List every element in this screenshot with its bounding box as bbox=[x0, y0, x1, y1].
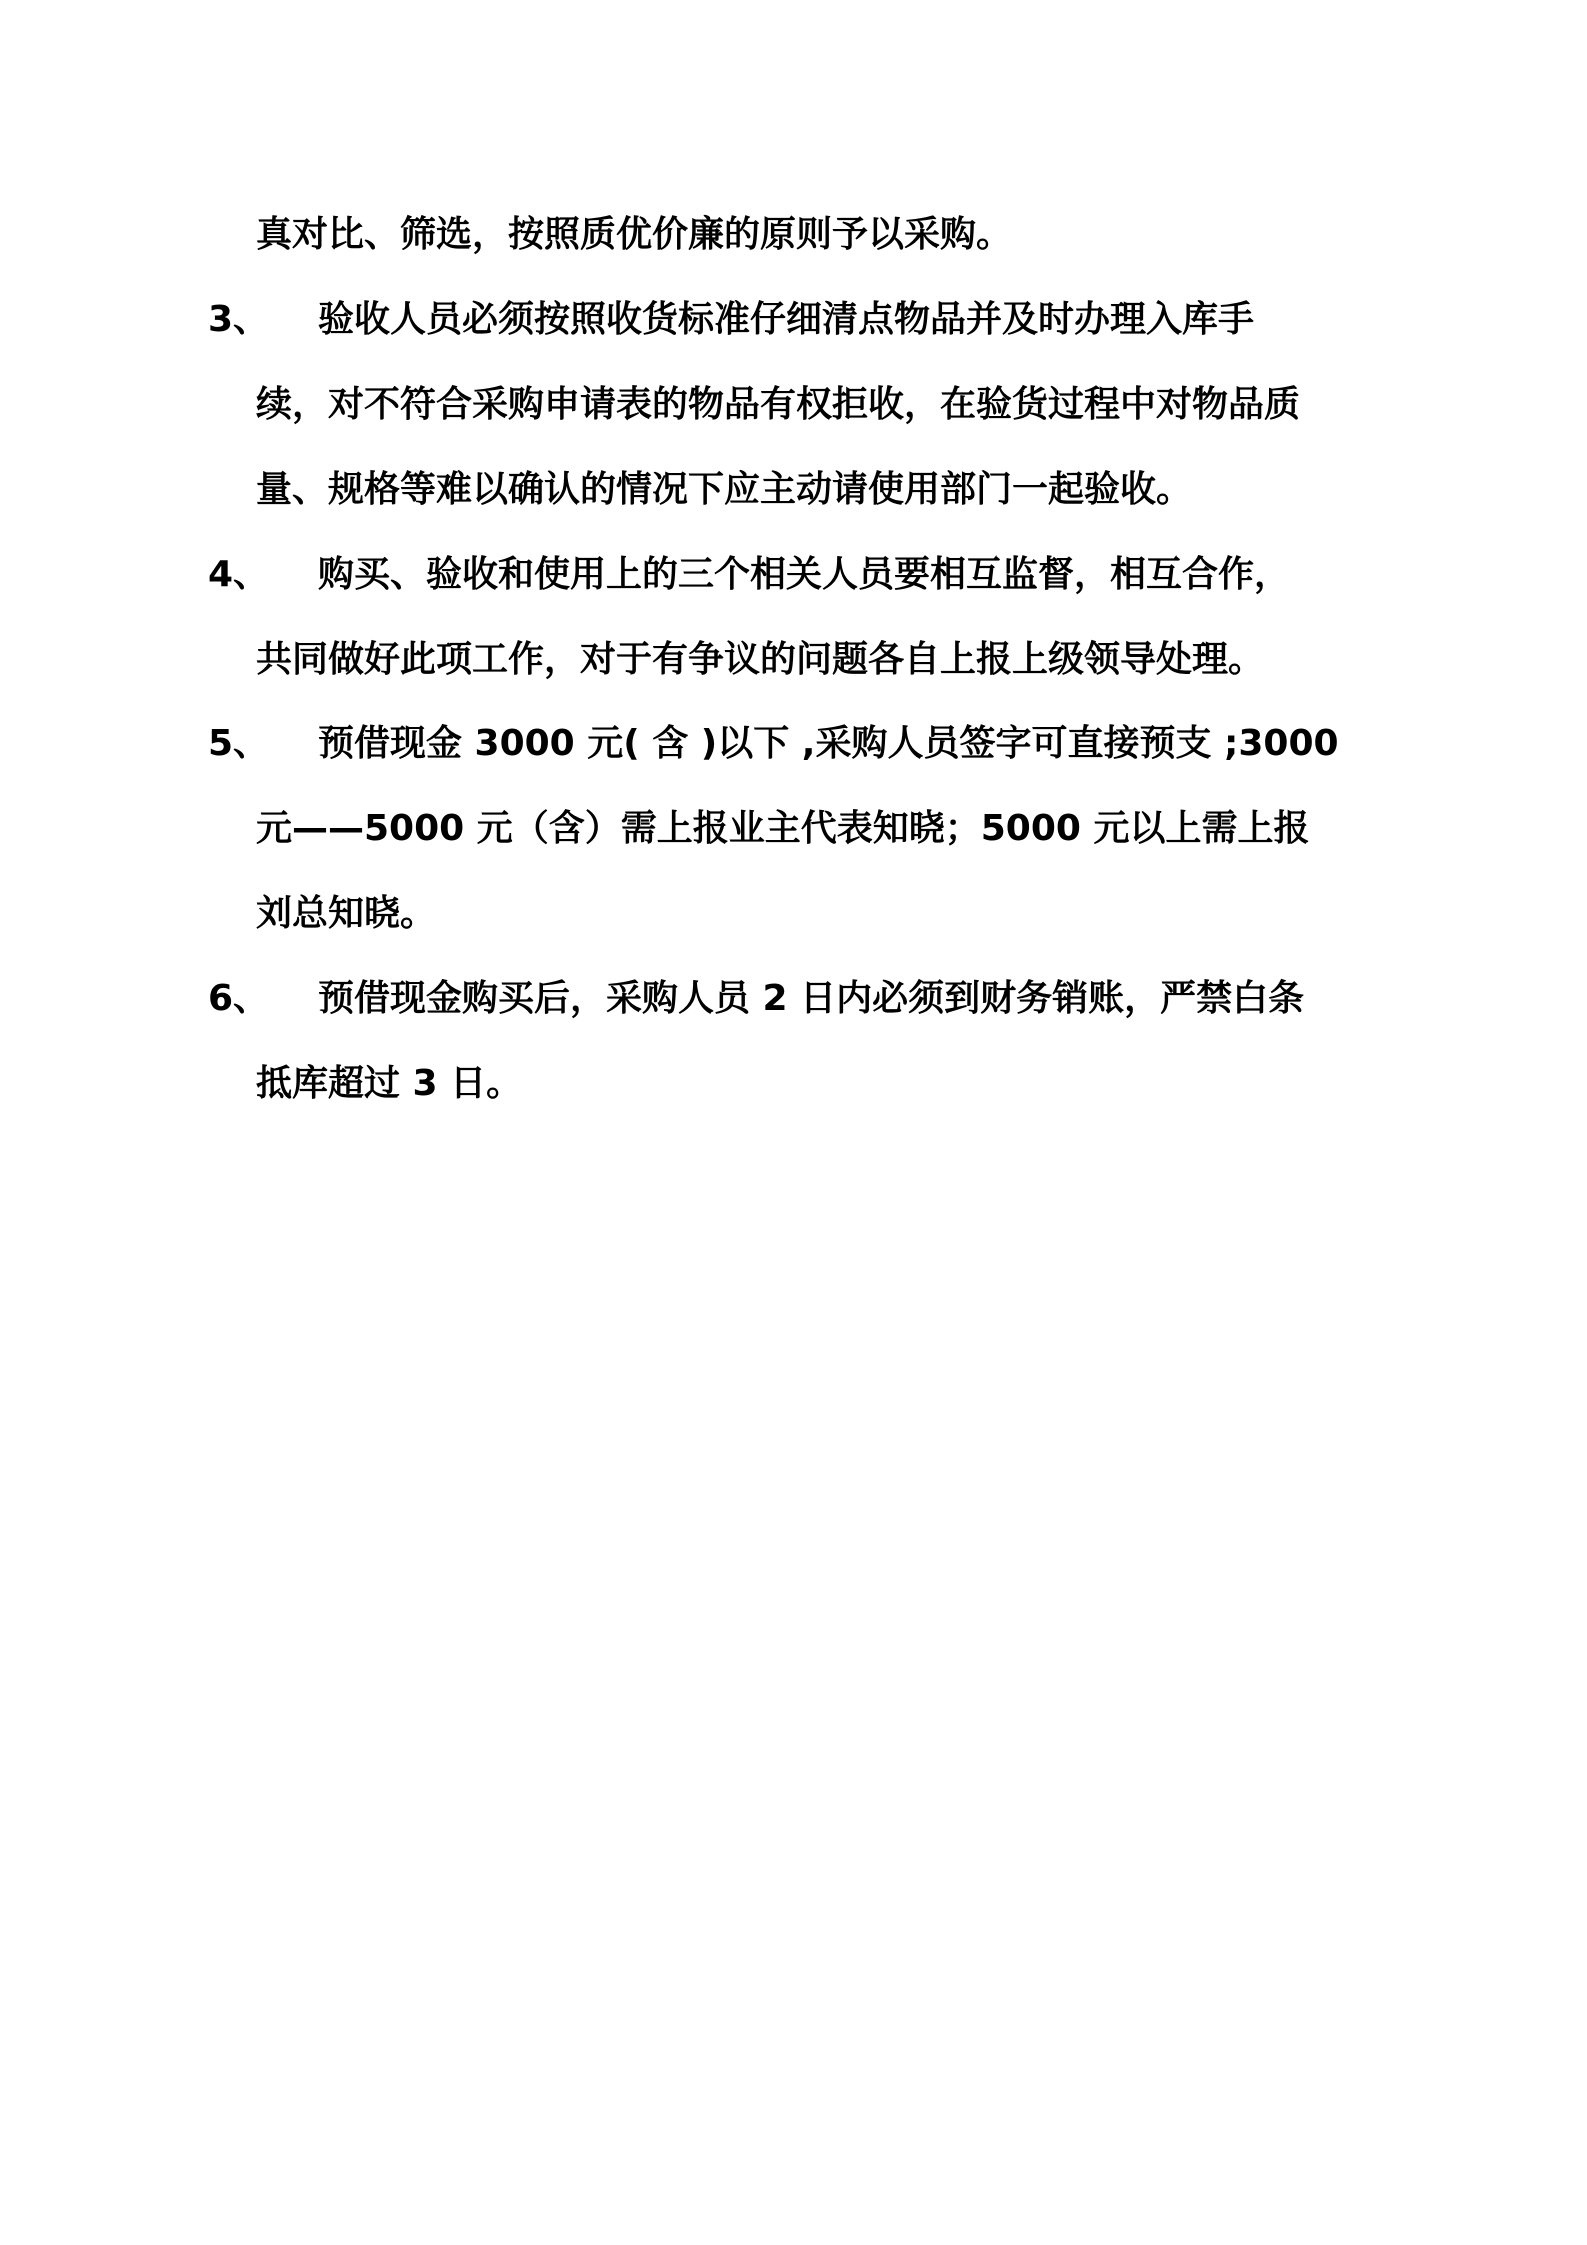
item-4-line-1: 购买、验收和使用上的三个相关人员要相互监督，相互合作， bbox=[318, 553, 1290, 597]
item-number-5: 5、 bbox=[208, 722, 269, 766]
item-5-line-3: 刘总知晓。 bbox=[256, 892, 436, 936]
document-page: 真对比、筛选，按照质优价廉的原则予以采购。 3、 验收人员必须按照收货标准仔细清… bbox=[0, 0, 1587, 2245]
item-5-line-1: 预借现金 3000 元( 含 )以下 ,采购人员签字可直接预支 ;3000 bbox=[318, 722, 1339, 766]
item-number-6: 6、 bbox=[208, 977, 269, 1021]
item-number-3: 3、 bbox=[208, 298, 269, 342]
item-5-line-2: 元——5000 元（含）需上报业主代表知晓；5000 元以上需上报 bbox=[256, 807, 1309, 851]
item-6-line-2: 抵库超过 3 日。 bbox=[256, 1062, 522, 1106]
item-number-4: 4、 bbox=[208, 553, 269, 597]
continuation-line: 真对比、筛选，按照质优价廉的原则予以采购。 bbox=[256, 213, 1012, 257]
item-3-line-1: 验收人员必须按照收货标准仔细清点物品并及时办理入库手 bbox=[318, 298, 1254, 342]
item-3-line-3: 量、规格等难以确认的情况下应主动请使用部门一起验收。 bbox=[256, 468, 1192, 512]
item-6-line-1: 预借现金购买后，采购人员 2 日内必须到财务销账，严禁白条 bbox=[318, 977, 1304, 1021]
item-3-line-2: 续，对不符合采购申请表的物品有权拒收，在验货过程中对物品质 bbox=[256, 383, 1300, 427]
item-4-line-2: 共同做好此项工作，对于有争议的问题各自上报上级领导处理。 bbox=[256, 638, 1264, 682]
